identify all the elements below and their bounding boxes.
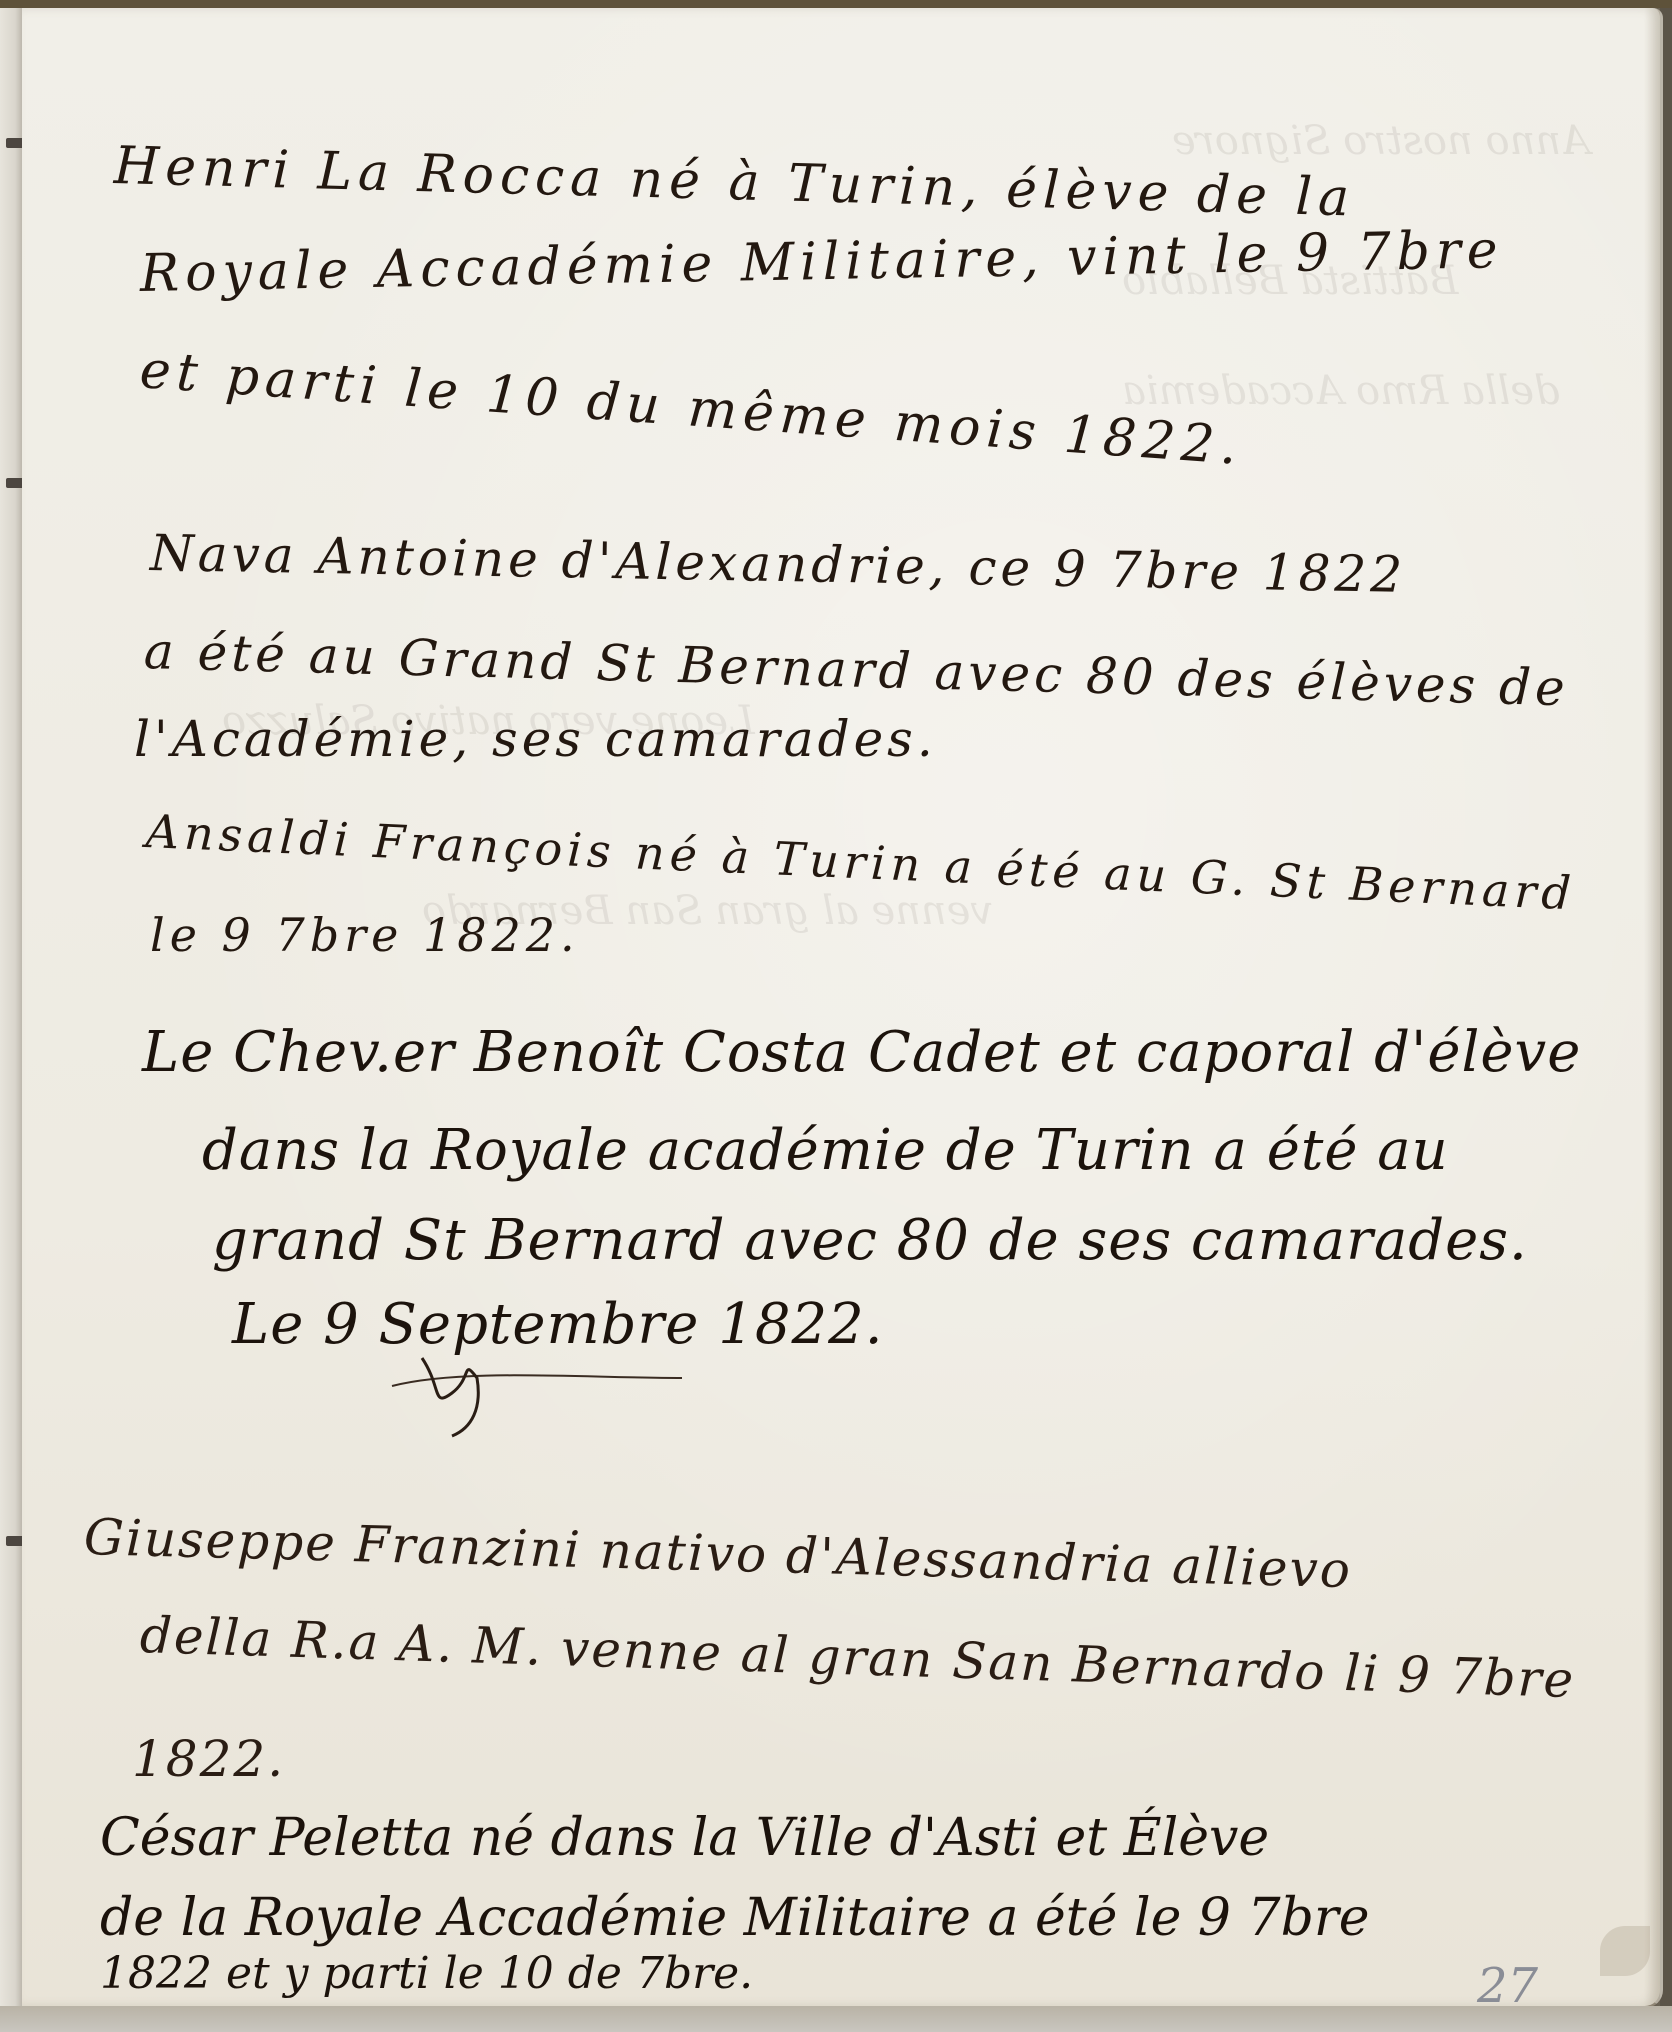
entry-line: grand St Bernard avec 80 de ses camarade… [212,1208,1528,1273]
entry-line: l'Académie, ses camarades. [134,710,937,768]
entry-line: dans la Royale académie de Turin a été a… [202,1118,1449,1183]
entry-line: de la Royale Accadémie Militaire a été l… [100,1888,1370,1948]
entry-line: et parti le 10 du même mois 1822. [138,340,1245,477]
paper-page: Anno nostro Signore Battista Bellabio de… [22,8,1663,2008]
book-spine [0,8,24,2008]
entry-line: César Peletta né dans la Ville d'Asti et… [100,1808,1269,1868]
bleed-through-text: della Rmo Accademia [1122,368,1560,414]
entry-line: della R.a A. M. venne al gran San Bernar… [139,1606,1576,1709]
signature-flourish [382,1348,782,1438]
top-edge [0,0,1672,8]
entry-line: Le Chev.er Benoît Costa Cadet et caporal… [142,1020,1581,1085]
manuscript-scan: Anno nostro Signore Battista Bellabio de… [0,0,1672,2032]
bottom-edge [0,2006,1672,2032]
entry-line: Giuseppe Franzini nativo d'Alessandria a… [83,1508,1352,1599]
entry-line: Henri La Rocca né à Turin, élève de la [113,136,1356,228]
entry-line: 1822 et y parti le 10 de 7bre. [100,1948,753,1999]
entry-line: 1822. [132,1730,285,1788]
bleed-through-text: Anno nostro Signore [1172,118,1590,164]
entry-line: Nava Antoine d'Alexandrie, ce 9 7bre 182… [149,524,1406,604]
corner-wear [1600,1926,1650,1976]
entry-line: le 9 7bre 1822. [150,908,580,962]
page-edge-shadow [1644,8,1660,2006]
